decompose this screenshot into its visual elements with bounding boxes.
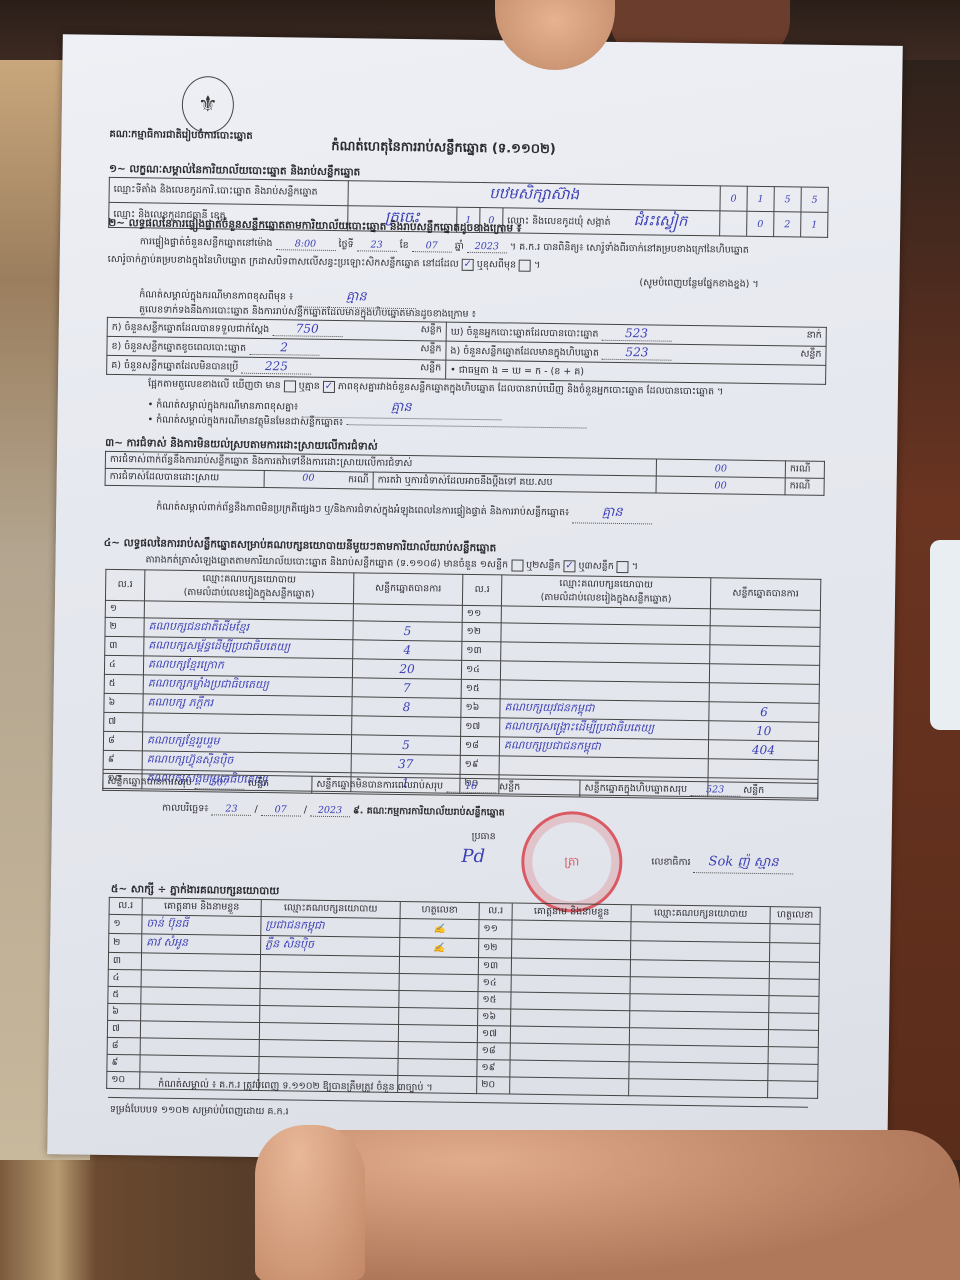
figure-value: 523 [601,326,671,342]
unit-label: ករណី [785,461,824,479]
unit-label: សន្លឹក [248,778,269,789]
party-votes [708,759,818,780]
party-no: ១៤ [461,660,500,680]
organization-name: គណៈកម្មាធិការជាតិរៀបចំការបោះឆ្នោត [109,127,252,144]
time-prefix: ការផ្ទៀងផ្ទាត់ចំនួនសន្លឹកឆ្នោតនៅម៉ោង [140,236,273,249]
different-checkbox[interactable] [519,259,531,271]
col-no: ល.រ [479,903,512,920]
witness-signature [768,1030,818,1048]
year-value: 2023 [467,241,507,254]
valid-total-label: សន្លឹកឆ្នោតបានការសរុប [107,776,192,788]
day-value: 23 [357,239,397,252]
witness-signature [399,956,478,974]
hand-bottom [260,1130,960,1280]
witness-party [260,972,399,991]
form-code: ទម្រង់បែបបទ ១១០២ សម្រាប់បំពេញដោយ គ.ក.រ [110,1103,289,1119]
figure-value: 523 [602,345,672,361]
code-digit: 5 [774,187,801,212]
col-name: គោត្តនាម និងនាមខ្លួន [512,903,631,922]
witness-signature [399,990,478,1008]
unit-label: នាក់ [807,329,822,343]
witness-party [629,1062,768,1081]
party-no: ៨ [103,731,142,751]
note-fake-value [346,424,586,428]
party-votes [353,604,462,623]
col-votes: សន្លឹកឆ្នោតបានការ [353,573,462,606]
has-diff-checkbox[interactable] [284,380,296,392]
figure-label: ឃ) ចំនួនអ្នកបោះឆ្នោតដែលបានបោះឆ្នោត [451,327,599,340]
col-no: ល.រ [109,897,142,914]
unit-label: ករណី [348,473,369,487]
witness-party [630,1011,769,1030]
witness-party: ប្រជាជនកម្ពុជា [261,917,400,938]
code-digit: 5 [801,187,828,212]
col-party: ឈ្មោះគណបក្សនយោបាយ [261,900,400,919]
col-party-label: ឈ្មោះគណបក្សនយោបាយ [202,573,296,585]
code-digit: 0 [747,211,774,236]
same-checkbox[interactable]: ✓ [462,258,474,270]
note-fake-line: • កំណត់សម្គាល់ក្នុងករណីមានវត្ថុមិនមែនជាស… [147,413,586,433]
code-digit: 2 [774,212,801,237]
party-votes: 37 [351,754,460,775]
party-votes: 5 [353,621,462,642]
figure-value: 750 [272,321,342,337]
unit-label: សន្លឹក [420,361,441,375]
compare-text: ផ្អែកតាមតួលេខខាងលើ ឃើញថា មាន [148,378,281,391]
col-party-sub: (តាមលំដាប់លេខរៀងក្នុងសន្លឹកឆ្នោត) [184,587,315,600]
official-stamp: ត្រា [521,811,623,913]
party-votes [710,626,820,647]
note-mismatch-label: • កំណត់សម្គាល់ក្នុងករណីមានភាពខុសគ្នា៖ [148,399,299,412]
witness-table: ល.រគោត្តនាម និងនាមខ្លួនឈ្មោះគណបក្សនយោបាយ… [106,897,821,1099]
party-no: ៩ [103,750,142,770]
witness-name [510,1060,629,1079]
witness-name [512,939,631,960]
figure-label: • ជាធម្មតា ង = ឃ = ក - (ខ + គ) [450,365,584,378]
day-label: ថ្ងៃទី [338,239,353,250]
witness-party: ភ្លឺន សិនប៉ិច [261,936,400,957]
invalid-total-value: 16 [446,781,496,794]
resolved-value: 00 [302,473,314,484]
election-form-1102: ⚜ គណៈកម្មាធិការជាតិរៀបចំការបោះឆ្នោត កំណត… [47,34,903,1166]
witness-party [259,1023,398,1042]
party-no: ២ [105,617,144,637]
party-votes: 4 [353,640,462,661]
witness-party [260,955,399,974]
col-no: ល.រ [105,569,144,601]
unit-label: សន្លឹក [420,342,441,356]
party-votes: 5 [351,735,460,756]
appeal-count: 00 [656,476,785,495]
witness-signature [768,1081,818,1099]
party-no: ៧ [104,712,143,732]
witness-signature [769,943,819,963]
unit-label: សន្លឹក [421,323,442,337]
figure-value: 225 [241,359,311,375]
witness-name [510,1077,629,1096]
unit-label: សន្លឹក [800,348,821,362]
witness-signature [769,1013,819,1031]
witness-no: ២០ [477,1077,510,1094]
irregularity-note-value: គ្មាន [572,503,652,524]
witness-signature [768,1064,818,1082]
three-sheet-label: ឬ៣សន្លឹក [578,560,613,571]
two-sheet-checkbox[interactable]: ✓ [563,560,575,572]
witness-no: ១៦ [478,1009,511,1026]
witness-name [141,987,260,1006]
figure-label: ខ) ចំនួនសន្លឹកឆ្នោតខូចពេលបោះឆ្នោត [111,341,246,354]
party-votes [352,716,461,737]
one-sheet-checkbox[interactable] [511,559,523,571]
witness-signature [398,1058,477,1076]
unit-label: សន្លឹក [743,785,764,796]
col-party-sub: (តាមលំដាប់លេខរៀងក្នុងសន្លឹកឆ្នោត) [541,592,672,605]
witness-signature [398,1024,477,1042]
party-no: ៤ [104,655,143,675]
witness-party [631,922,770,943]
chairman-signature: Pd [461,846,485,867]
party-votes [709,683,819,704]
no-diff-checkbox[interactable]: ✓ [323,380,335,392]
party-votes: 8 [352,697,461,718]
witness-party [260,1006,399,1025]
background-cloth [930,540,960,730]
irregularity-note-line: កំណត់សម្គាល់ពាក់ព័ន្ធនឹងភាពមិនប្រក្រតីផ្… [156,498,652,525]
witness-no: ១ [109,914,142,933]
different-label: ឬខុសពីមុន [477,259,516,271]
thumb-bottom [255,1125,365,1280]
fill-hint: (សូមបំពេញបន្ថែមផ្នែកខាងខ្នង) ។ [639,276,758,292]
witness-no: ១៣ [478,958,511,975]
party-results-table: ល.រឈ្មោះគណបក្សនយោបាយ(តាមលំដាប់លេខរៀងក្នុ… [102,569,821,799]
witness-no: ១៨ [477,1043,510,1060]
witness-name [141,1004,260,1023]
witness-name: គាវ សំអូន [142,934,261,955]
sheet-text: តារាងកត់ត្រាសំឡេងឆ្នោតតាមការិយាល័យបោះឆ្ន… [145,554,508,570]
secretary-signature: Sok ញ៉ ស្មាន [693,853,793,874]
commune-label: ឈ្មោះ និងលេខកូដឃុំ សង្កាត់ [507,215,610,227]
witness-name: ចាន់ ប៊ុនធី [142,915,261,936]
figure-label: ង) ចំនួនសន្លឹកឆ្នោតដែលមានក្នុងហិបឆ្នោត [450,346,599,359]
valid-total-value: 507 [195,777,245,790]
witness-signature: ✍ [400,918,479,938]
compare-text: ឬគ្មាន [299,381,320,392]
party-no: ៦ [104,693,143,713]
witness-no: ៤ [108,969,141,986]
witness-no: ១៤ [478,975,511,992]
witness-no: ១០ [107,1071,140,1088]
witness-no: ៣ [108,952,141,969]
witness-signature [399,1007,478,1025]
inspect-text: ។ គ.ក.រ បានពិនិត្យ៖ សោរ៉ូទាំងពីរចាក់នៅគម… [510,241,749,255]
box-total-label: សន្លឹកឆ្នោតក្នុងហិបឆ្នោតសរុប [584,783,687,795]
witness-signature: ✍ [400,937,479,957]
witness-name [140,1038,259,1057]
date-label: កាលបរិច្ឆេទ៖ [162,803,209,815]
month-label: ខែ [400,240,409,251]
objections-table: ការជំទាស់ពាក់ព័ន្ធនឹងការរាប់សន្លឹកឆ្នោត … [105,451,825,496]
witness-party [630,960,769,979]
party-votes: 20 [352,659,461,680]
code-digit: 0 [720,186,747,211]
code-digit: 1 [801,212,828,237]
footer-note: កំណត់សម្គាល់ ៖ គ.ក.រ ត្រូវបំពេញ ទ.១១០២ ឱ… [158,1078,433,1096]
witness-name [511,975,630,994]
col-no: ល.រ [462,574,501,606]
witness-name [140,1021,259,1040]
witness-name [511,1009,630,1028]
witness-name [141,953,260,972]
party-no: ១៧ [461,717,500,737]
appeal-label: ការតវ៉ា ឬការជំទាស់ដែលអាចនឹងប្តឹងទៅ គឃ.សប [373,472,656,493]
party-no: ១៣ [462,641,501,661]
secretary-label: លេខាធិការ [651,856,690,868]
witness-name [512,920,631,941]
col-name: គោត្តនាម និងនាមខ្លួន [142,898,261,917]
party-votes: 404 [708,740,818,761]
party-votes [710,609,820,628]
witness-no: ៨ [107,1037,140,1054]
witness-signature [770,924,820,944]
witness-signature [769,979,819,997]
two-sheet-label: ឬ២សន្លឹក [526,560,560,571]
witness-name [511,992,630,1011]
figure-value: 2 [249,340,319,356]
invalid-total-label: សន្លឹកឆ្នោតមិនបានការពេលរាប់សរុប [316,779,443,792]
objection-count: 00 [656,459,785,478]
witness-name [510,1043,629,1062]
seal-line: សោរ៉ូចាក់ភ្ជាប់គម្របខាងក្នុងនៃហិបឆ្នោត ក… [108,253,541,273]
col-votes: សន្លឹកឆ្នោតបានការ [710,578,820,611]
witness-no: ៦ [108,1003,141,1020]
witness-party [630,941,769,962]
party-no: ១៩ [460,755,499,775]
resolved-count: 00 ករណី [264,471,373,490]
irregularity-note-label: កំណត់សម្គាល់ពាក់ព័ន្ធនឹងភាពមិនប្រក្រតីផ្… [156,502,569,519]
commune-cell: ឈ្មោះ និងលេខកូដឃុំ សង្កាត់ ជំរះស្វៀក [503,208,720,236]
party-votes [710,645,820,666]
party-no: ៣ [105,636,144,656]
resolved-label: ការជំទាស់ដែលបានដោះស្រាយ [105,468,264,487]
witness-party [630,977,769,996]
witness-signature [769,962,819,980]
witness-no: ៥ [108,986,141,1003]
witness-party [260,989,399,1008]
witness-name [140,1055,259,1074]
committee-label: ៩. គណៈកម្មការការិយាល័យរាប់សន្លឹកឆ្នោត [353,805,505,818]
month-value: 07 [412,240,452,253]
witness-party [629,1028,768,1047]
witness-signature [768,1047,818,1065]
unit-label: ករណី [785,478,824,496]
col-party-label: ឈ្មោះគណបក្សនយោបាយ [559,578,653,590]
year-label: ឆ្នាំ [455,241,464,252]
witness-signature [398,1041,477,1059]
party-no: ១៨ [460,736,499,756]
note-fake-label: • កំណត់សម្គាល់ក្នុងករណីមានវត្ថុមិនមែនជាស… [147,414,343,428]
three-sheet-checkbox[interactable] [617,560,629,572]
witness-no: ១១ [479,920,512,939]
witness-party [629,1045,768,1064]
party-votes: 10 [709,721,819,742]
party-no: ១ [105,600,144,618]
witness-signature [399,973,478,991]
party-no: ១២ [462,622,501,642]
stamp-label: ត្រា [564,853,579,871]
party-votes: 6 [709,702,819,723]
note-diff-label: កំណត់សម្គាល់ក្នុងករណីមានភាពខុសពីមុន ៖ [139,289,293,302]
seal-text: សោរ៉ូចាក់ភ្ជាប់គម្របខាងក្នុងនៃហិបឆ្នោត ក… [108,254,459,270]
date-day: 23 [211,803,251,816]
witness-no: ១៥ [478,992,511,1009]
time-value: 8:00 [275,238,335,251]
compare-text: ភាពខុសគ្នារវាងចំនួនសន្លឹកឆ្នោតក្នុងហិបឆ្… [338,381,724,397]
witness-no: ១៩ [477,1060,510,1077]
date-year: 2023 [310,805,350,818]
witness-party [629,1079,768,1098]
witness-no: ៩ [107,1054,140,1071]
figure-label: ក) ចំនួនសន្លឹកឆ្នោតដែលបានទទួលជាក់ស្តែង [112,322,270,335]
form-title: កំណត់ហេតុនៃការរាប់សន្លឹកឆ្នោត (ទ.១១០២) [331,138,556,160]
secretary-line: លេខាធិការ Sok ញ៉ ស្មាន [651,852,793,874]
party-votes [709,664,819,685]
witness-no: ១២ [479,939,512,958]
witness-party [259,1040,398,1059]
unit-label: សន្លឹក [499,781,520,792]
witness-signature [769,996,819,1014]
commune-value: ជំរះស្វៀក [633,211,687,230]
code-digit: 1 [747,186,774,211]
ballot-figures-table: ក) ចំនួនសន្លឹកឆ្នោតដែលបានទទួលជាក់ស្តែង 7… [106,317,827,385]
col-signature: ហត្ថលេខា [400,901,479,919]
witness-party [630,994,769,1013]
figure-label: គ) ចំនួនសន្លឹកឆ្នោតដែលមិនបានប្រើ [111,360,238,373]
box-total-value: 523 [690,784,740,797]
witness-no: ២ [109,933,142,952]
party-votes: 7 [352,678,461,699]
nec-emblem-icon: ⚜ [181,76,234,134]
witness-party [259,1057,398,1076]
col-signature: ហត្ថលេខា [770,907,820,925]
witness-no: ១៧ [477,1026,510,1043]
col-party: ឈ្មោះគណបក្សនយោបាយ [631,905,770,924]
party-no: ១៦ [461,698,500,718]
col-party: ឈ្មោះគណបក្សនយោបាយ(តាមលំដាប់លេខរៀងក្នុងសន… [501,575,710,609]
party-no: ១១ [462,605,501,623]
witness-name [141,970,260,989]
witness-no: ៧ [107,1020,140,1037]
witness-name [511,958,630,977]
witness-name [510,1026,629,1045]
party-no: ៥ [104,674,143,694]
polling-station-label: ឈ្មោះទីតាំង និងលេខកូដការិ.បោះឆ្នោត និងរា… [109,177,348,205]
col-party: ឈ្មោះគណបក្សនយោបាយ(តាមលំដាប់លេខរៀងក្នុងសន… [144,570,353,604]
date-line: កាលបរិច្ឆេទ៖ 23 / 07 / 2023 ៩. គណៈកម្មកា… [162,802,505,821]
party-no: ១៥ [461,679,500,699]
date-month: 07 [261,804,301,817]
chairman-label: ប្រធាន [472,830,496,844]
